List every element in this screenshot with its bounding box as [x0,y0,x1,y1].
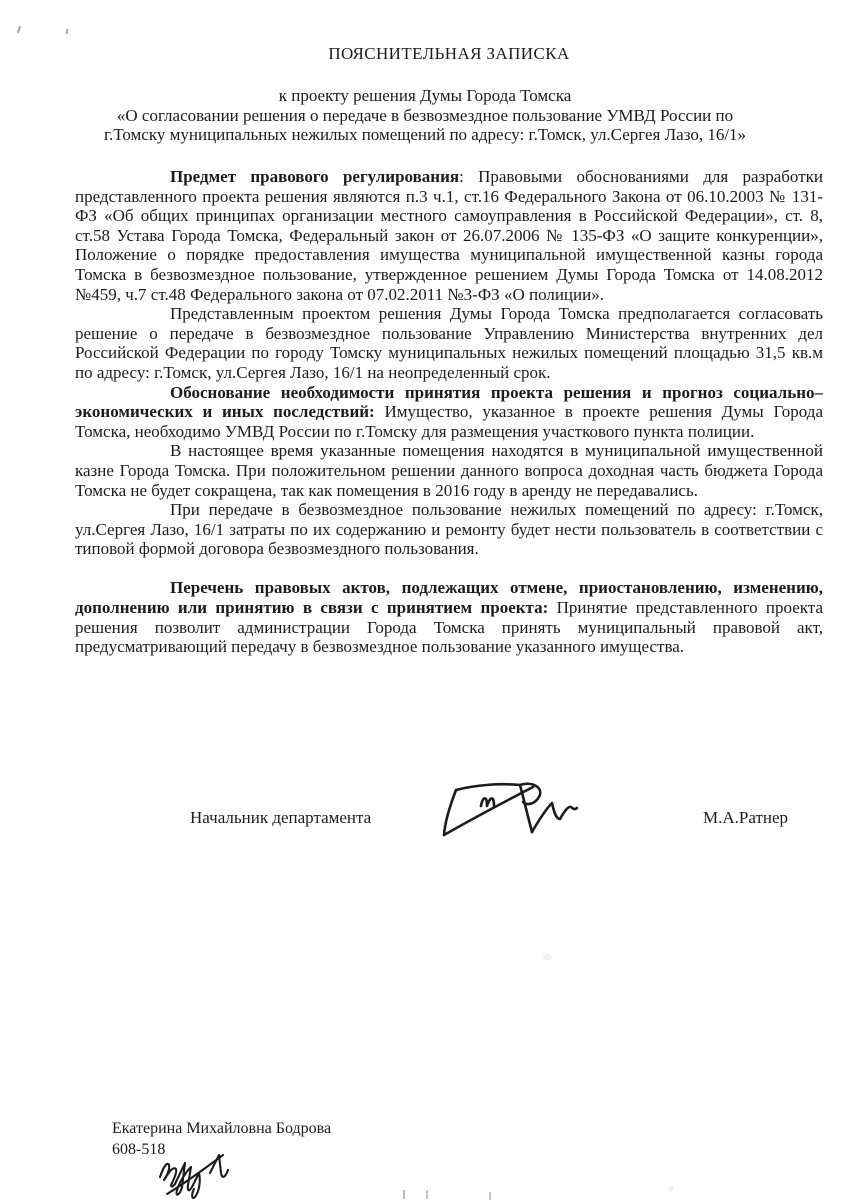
para-legal-acts-list: Перечень правовых актов, подлежащих отме… [75,578,823,656]
para-current-status: В настоящее время указанные помещения на… [75,441,823,500]
subtitle-line: г.Томску муниципальных нежилых помещений… [30,125,820,145]
document-title: ПОЯСНИТЕЛЬНАЯ ЗАПИСКА [75,44,823,64]
executor-signature-image [155,1145,240,1200]
scan-artifact [403,1190,405,1199]
scan-artifact [426,1190,428,1199]
para-legal-basis: Предмет правового регулирования: Правовы… [75,167,823,304]
para-justification: Обоснование необходимости принятия проек… [75,383,823,442]
scan-artifact [668,1186,674,1191]
para-proposal: Представленным проектом решения Думы Гор… [75,304,823,382]
document-subtitle: к проекту решения Думы Города Томска «О … [30,86,820,145]
scan-artifact [17,26,21,33]
para-text: : Правовыми обоснованиями для разработки… [75,167,823,304]
subtitle-line: «О согласовании решения о передаче в без… [30,106,820,126]
para-lead: Предмет правового регулирования [170,167,459,186]
head-signature-image [420,773,580,858]
scan-artifact [543,954,552,960]
document-page: ПОЯСНИТЕЛЬНАЯ ЗАПИСКА к проекту решения … [0,0,850,1202]
scan-artifact [489,1192,491,1200]
signatory-name: М.А.Ратнер [703,808,788,828]
subtitle-line: к проекту решения Думы Города Томска [30,86,820,106]
para-transfer-costs: При передаче в безвозмездное пользование… [75,500,823,559]
document-body: Предмет правового регулирования: Правовы… [75,167,823,657]
executor-name: Екатерина Михайловна Бодрова [112,1120,331,1138]
para-text: Представленным проектом решения Думы Гор… [75,304,823,382]
para-text: При передаче в безвозмездное пользование… [75,500,823,558]
para-text: В настоящее время указанные помещения на… [75,441,823,499]
signatory-position: Начальник департамента [190,808,371,828]
scan-artifact [66,29,69,34]
